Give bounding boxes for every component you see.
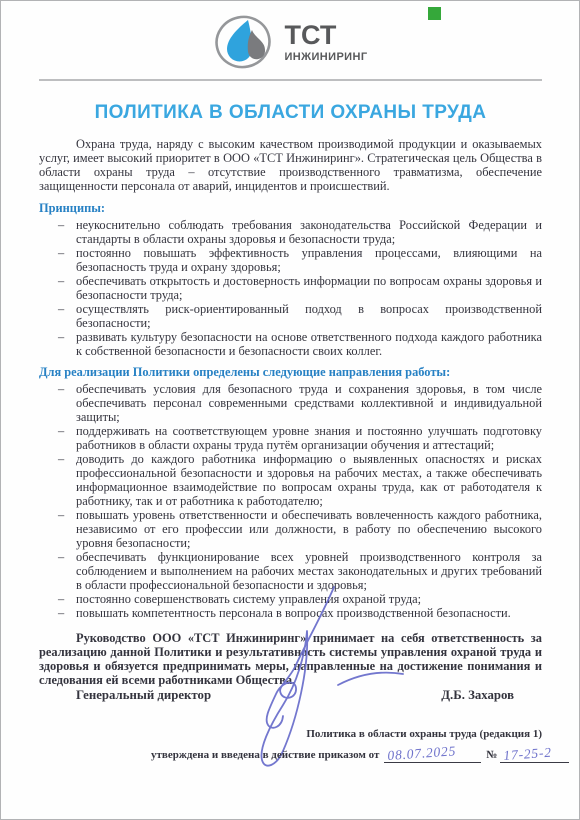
list-item: обеспечивать условия для безопасного тру… <box>39 382 542 424</box>
number-sign: № <box>486 748 497 763</box>
closing-paragraph: Руководство ООО «ТСТ Инжиниринг» принима… <box>39 631 542 687</box>
list-item: повышать компетентность персонала в вопр… <box>39 606 542 620</box>
company-logo-text: ТСТ ИНЖИНИРИНГ <box>285 22 368 63</box>
section-heading: Принципы: <box>39 201 542 215</box>
signer-name: Д.Б. Захаров <box>441 688 514 703</box>
list-item: повышать уровень ответственности и обесп… <box>39 508 542 550</box>
list-item: постоянно совершенствовать систему управ… <box>39 592 542 606</box>
policy-document-page: ТСТ ИНЖИНИРИНГ ПОЛИТИКА В ОБЛАСТИ ОХРАНЫ… <box>0 0 580 820</box>
green-square-marker <box>428 7 441 20</box>
page-title: ПОЛИТИКА В ОБЛАСТИ ОХРАНЫ ТРУДА <box>39 101 542 124</box>
list-item: постоянно повышать эффективность управле… <box>39 246 542 274</box>
list-item: обеспечивать открытость и достоверность … <box>39 274 542 302</box>
signer-role: Генеральный директор <box>76 688 211 703</box>
approval-date-blank: 08.07.2025 <box>384 747 481 763</box>
list-item: неукоснительно соблюдать требования зако… <box>39 218 542 246</box>
list-item: развивать культуру безопасности на основ… <box>39 330 542 358</box>
handwritten-number: 17-25-2 <box>503 745 552 763</box>
list-item: поддерживать на соответствующем уровне з… <box>39 424 542 452</box>
document-header: ТСТ ИНЖИНИРИНГ <box>39 1 542 81</box>
footer-document-name: Политика в области охраны труда (редакци… <box>151 727 569 742</box>
handwritten-date: 08.07.2025 <box>387 743 457 763</box>
approval-number-blank: 17-25-2 <box>500 747 569 763</box>
policy-sections: Принципы:неукоснительно соблюдать требов… <box>39 201 542 620</box>
intro-paragraph: Охрана труда, наряду с высоким качеством… <box>39 137 542 193</box>
company-name: ТСТ <box>285 22 368 49</box>
signature-row: Генеральный директор Д.Б. Захаров <box>39 688 542 703</box>
list-item: доводить до каждого работника информацию… <box>39 452 542 508</box>
section-list: неукоснительно соблюдать требования зако… <box>39 218 542 358</box>
section-heading: Для реализации Политики определены следу… <box>39 365 542 379</box>
approval-text: утверждена и введена в действие приказом… <box>151 748 379 763</box>
section-list: обеспечивать условия для безопасного тру… <box>39 382 542 620</box>
company-subtitle: ИНЖИНИРИНГ <box>285 51 368 63</box>
list-item: обеспечивать функционирование всех уровн… <box>39 550 542 592</box>
document-footer: Политика в области охраны труда (редакци… <box>151 727 569 763</box>
company-logo-icon <box>214 13 272 71</box>
list-item: осуществлять риск-ориентированный подход… <box>39 302 542 330</box>
footer-approval-line: утверждена и введена в действие приказом… <box>151 747 569 763</box>
document-body: ПОЛИТИКА В ОБЛАСТИ ОХРАНЫ ТРУДА Охрана т… <box>39 93 542 687</box>
